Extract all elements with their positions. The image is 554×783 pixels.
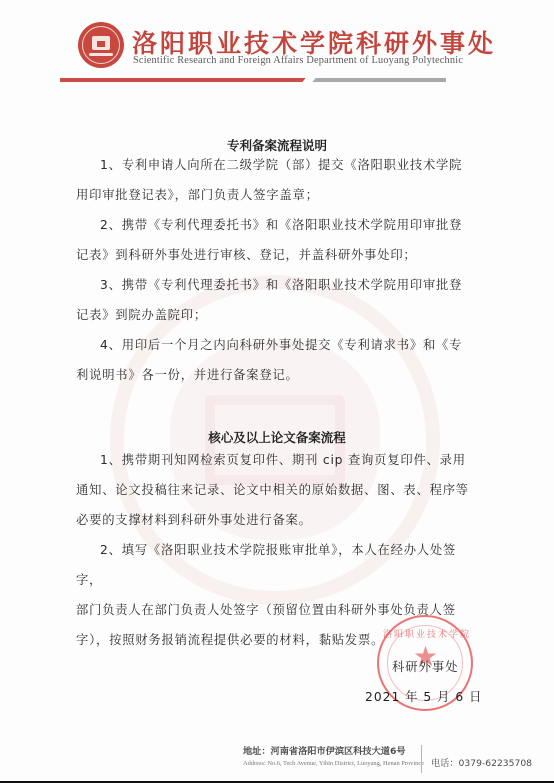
section-title-paper: 核心及以上论文备案流程	[0, 428, 554, 446]
header-rule-red	[60, 78, 310, 82]
patent-step-2: 2、携带《专利代理委托书》和《洛阳职业技术学院用印审批登 记表》到科研外事处进行…	[76, 210, 476, 270]
college-emblem-icon	[78, 22, 124, 68]
signing-department: 科研外事处	[392, 657, 459, 675]
signing-date: 2021 年 5 月 6 日	[365, 687, 482, 705]
letterhead-title-en: Scientific Research and Foreign Affairs …	[133, 55, 463, 66]
document-page: 洛阳职业技术学院科研外事处 Scientific Research and Fo…	[0, 0, 554, 783]
header-rule-gray	[311, 78, 446, 82]
letterhead: 洛阳职业技术学院科研外事处 Scientific Research and Fo…	[78, 22, 498, 72]
patent-step-3: 3、携带《专利代理委托书》和《洛阳职业技术学院用印审批登 记表》到院办盖院印；	[76, 270, 476, 330]
patent-step-4: 4、用印后一个月之内向科研外事处提交《专利请求书》和《专 利说明书》各一份，并进…	[76, 330, 476, 390]
patent-step-1: 1、专利申请人向所在二级学院（部）提交《洛阳职业技术学院 用印审批登记表》，部门…	[76, 150, 476, 210]
address-cn: 地址：河南省洛阳市伊滨区科技大道6号	[243, 743, 406, 757]
seal-text: 洛阳职业技术学院	[379, 627, 475, 640]
footer-divider	[421, 745, 422, 773]
address-en: Address: No.6, Tech Avenue, Yibin Distri…	[243, 760, 424, 767]
paper-step-1: 1、携带期刊知网检索页复印件、期刊 cip 查询页复印件、录用 通知、论文投稿往…	[76, 445, 476, 535]
phone-number: 电话：0379-62235708	[431, 755, 532, 769]
